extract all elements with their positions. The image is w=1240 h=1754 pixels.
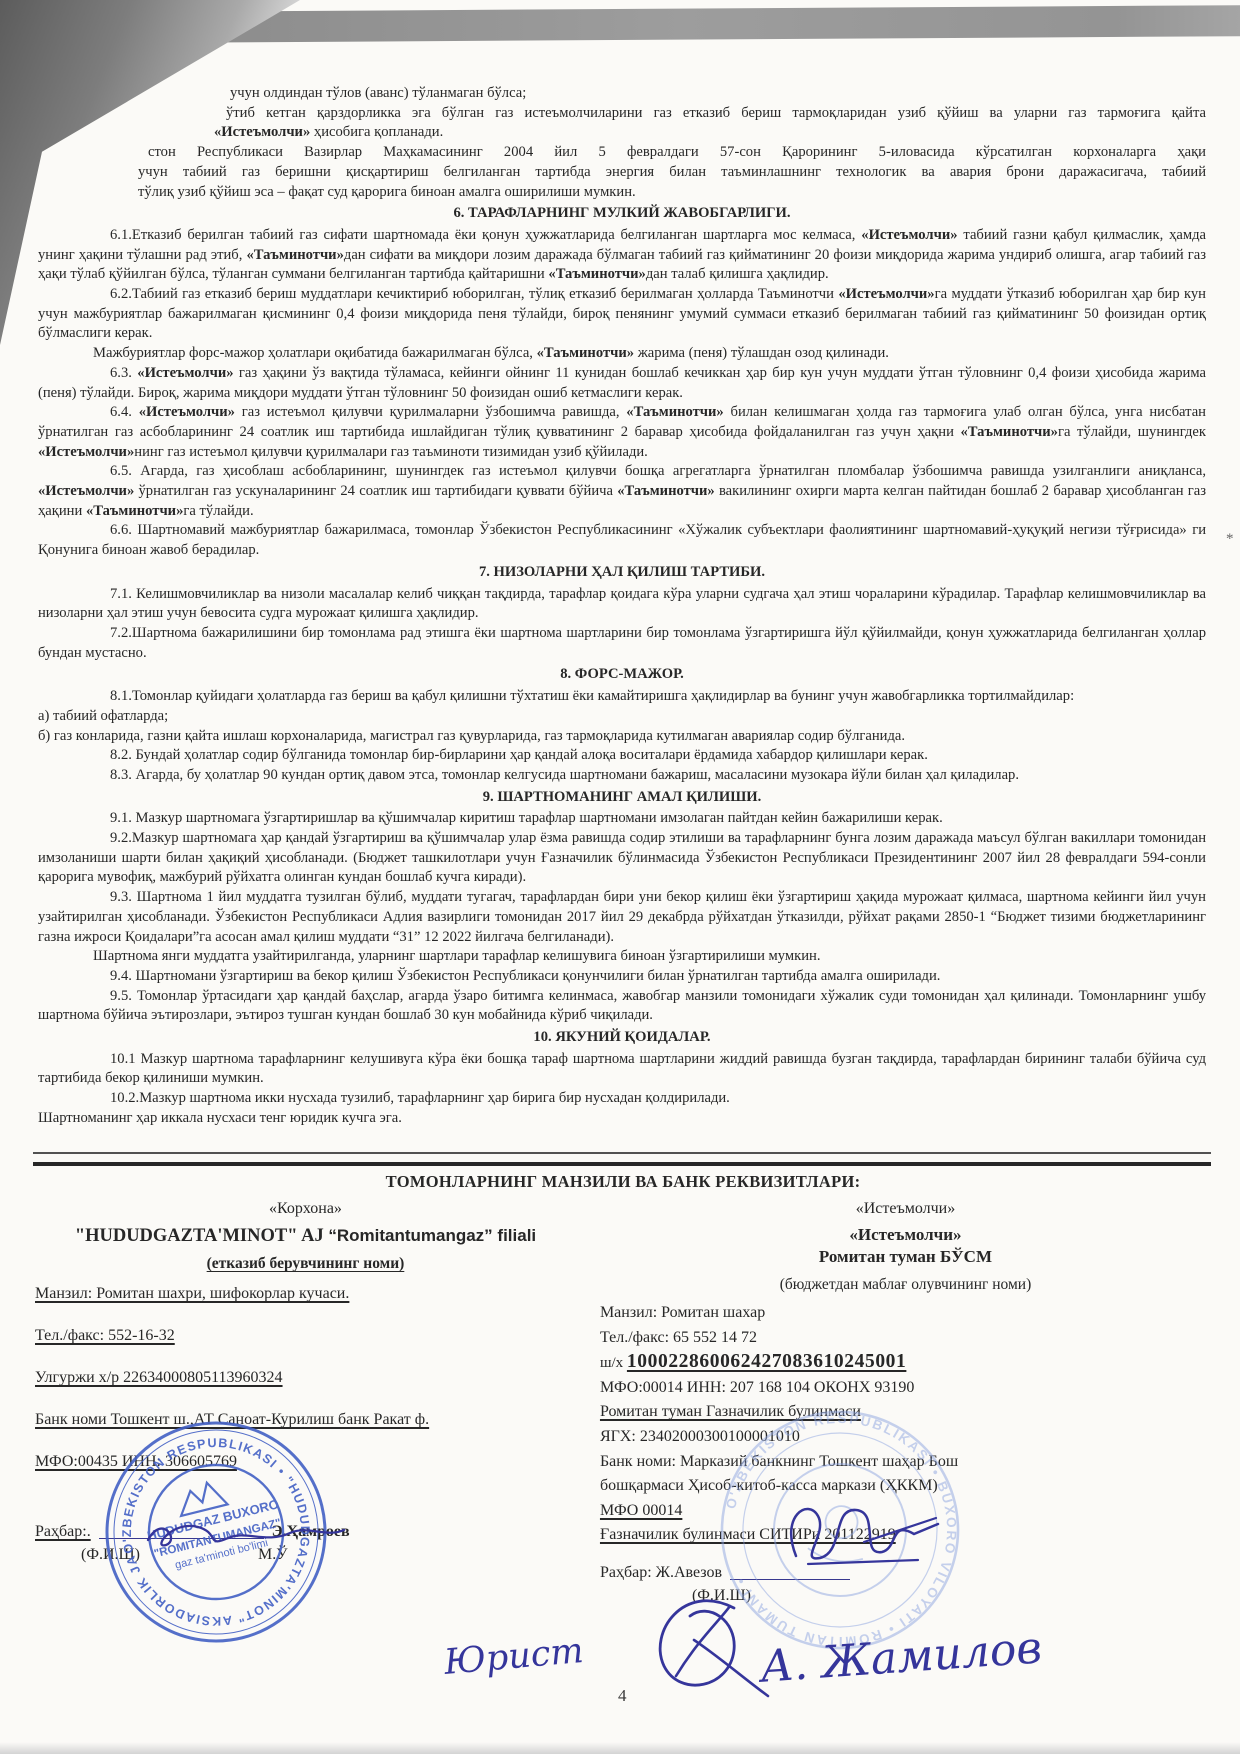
section-heading: 10. ЯКУНИЙ ҚОИДАЛАР. <box>38 1028 1206 1048</box>
contract-paragraph: 9.3. Шартнома 1 йил муддатга тузилган бў… <box>38 888 1206 947</box>
supplier-head-signature <box>140 1506 350 1556</box>
contract-paragraph: 6.4. «Истеъмолчи» газ истеъмол қилувчи қ… <box>38 403 1206 462</box>
supplier-name-main: "HUDUDGAZTA'MINOT" AJ <box>75 1226 324 1246</box>
contract-paragraph: 8.2. Бундай ҳолатлар содир бўлганида том… <box>38 746 1206 766</box>
contract-paragraph: стон Республикаси Вазирлар Маҳкамасининг… <box>38 143 1206 163</box>
contract-paragraph: ўтиб кетган қарздорликка эга бўлган газ … <box>38 104 1206 124</box>
requisite-line: Манзил: Ромитан шахри, шифокорлар кучаси… <box>35 1284 576 1304</box>
contract-paragraph: 6.6. Шартномавий мажбуриятлар бажарилмас… <box>38 521 1206 560</box>
lawyer-handwritten-caption: Юрист <box>438 1628 588 1684</box>
supplier-head-label: Раҳбар:. <box>35 1522 91 1542</box>
consumer-org: Ромитан туман БЎСМ <box>600 1247 1211 1267</box>
requisite-line: Улгуржи х/р 22634000805113960324 <box>35 1368 576 1388</box>
section-heading: 7. НИЗОЛАРНИ ҲАЛ ҚИЛИШ ТАРТИБИ. <box>38 563 1206 583</box>
consumer-head-label: Раҳбар: Ж.Авезов <box>600 1563 722 1583</box>
requisites-title: ТОМОНЛАРНИНГ МАНЗИЛИ ВА БАНК РЕКВИЗИТЛАР… <box>35 1172 1211 1192</box>
svg-text:Юрист: Юрист <box>442 1631 585 1683</box>
requisite-line: ш/х 100022860062427083610245001 <box>600 1350 1211 1376</box>
margin-mark: * <box>1226 531 1234 548</box>
contract-paragraph: 9.4. Шартномани ўзгартириш ва бекор қили… <box>38 967 1206 987</box>
requisite-line: МФО:00014 ИНН: 207 168 104 ОКОНХ 93190 <box>600 1376 1211 1401</box>
contract-paragraph: «Истеъмолчи» ҳисобига қопланади. <box>38 123 1206 143</box>
contract-paragraph: 10.1 Мазкур шартнома тарафларнинг келуши… <box>38 1050 1206 1089</box>
consumer-head-signature <box>768 1490 948 1580</box>
scanned-contract-page: * учун олдиндан тўлов (аванс) тўланмаган… <box>0 0 1240 1754</box>
contract-paragraph: Шартнома янги муддатга узайтирилганда, у… <box>38 947 1206 967</box>
contract-paragraph: а) табиий офатларда; <box>38 707 1206 727</box>
contract-paragraph: Мажбуриятлар форс-мажор ҳолатлари оқибат… <box>38 344 1206 364</box>
requisite-line: Тел./факс: 552-16-32 <box>35 1326 576 1346</box>
svg-text:А. Жамилов: А. Жамилов <box>756 1622 1044 1693</box>
consumer-head-handwritten-name: А. Жамилов <box>752 1616 1052 1696</box>
contract-paragraph: 9.5. Томонлар ўртасидаги ҳар қандай баҳс… <box>38 987 1206 1026</box>
supplier-name-note: (етказиб берувчининг номи) <box>35 1254 576 1274</box>
contract-paragraph: учун олдиндан тўлов (аванс) тўланмаган б… <box>38 84 1206 104</box>
supplier-name: "HUDUDGAZTA'MINOT" AJ “Romitantumangaz” … <box>35 1226 576 1246</box>
scan-bottom-shadow <box>0 1742 1240 1754</box>
contract-paragraph: 8.3. Агарда, бу ҳолатлар 90 кундан ортиқ… <box>38 766 1206 786</box>
contract-paragraph: Шартноманинг ҳар иккала нусхаси тенг юри… <box>38 1109 1206 1129</box>
section-heading: 9. ШАРТНОМАНИНГ АМАЛ ҚИЛИШИ. <box>38 788 1206 808</box>
contract-paragraph: 6.1.Етказиб берилган табиий газ сифати ш… <box>38 226 1206 285</box>
page-number: 4 <box>618 1686 627 1706</box>
requisite-line: Тел./факс: 65 552 14 72 <box>600 1326 1211 1351</box>
contract-paragraph: 9.1. Мазкур шартномага ўзгартиришлар ва … <box>38 809 1206 829</box>
contract-paragraph: 10.2.Мазкур шартнома икки нусхада тузили… <box>38 1089 1206 1109</box>
contract-paragraph: б) газ конларида, газни қайта ишлаш корх… <box>38 727 1206 747</box>
requisite-line: Манзил: Ромитан шахар <box>600 1301 1211 1326</box>
contract-paragraph: учун табиий газ беришни қисқартириш белг… <box>38 163 1206 183</box>
supplier-name-branch: “Romitantumangaz” filiali <box>328 1226 536 1245</box>
section-heading: 6. ТАРАФЛАРНИНГ МУЛКИЙ ЖАВОБГАРЛИГИ. <box>38 204 1206 224</box>
section-heading: 8. ФОРС-МАЖОР. <box>38 665 1206 685</box>
section-divider <box>33 1152 1211 1166</box>
contract-paragraph: 7.1. Келишмовчиликлар ва низоли масалала… <box>38 585 1206 624</box>
contract-paragraph: 6.2.Табиий газ етказиб бериш муддатлари … <box>38 285 1206 344</box>
contract-body: учун олдиндан тўлов (аванс) тўланмаган б… <box>38 84 1206 1150</box>
contract-paragraph: 9.2.Мазкур шартномага ҳар қандай ўзгарти… <box>38 829 1206 888</box>
contract-paragraph: 8.1.Томонлар қуйидаги ҳолатларда газ бер… <box>38 687 1206 707</box>
supplier-party-label: «Корхона» <box>35 1199 576 1219</box>
consumer-name: «Истеъмолчи» <box>600 1225 1211 1245</box>
contract-paragraph: тўлиқ узиб қўйиш эса – фақат суд қарориг… <box>38 183 1206 203</box>
consumer-name-note: (бюджетдан маблағ олувчининг номи) <box>600 1275 1211 1295</box>
contract-paragraph: 7.2.Шартнома бажарилишини бир томонлама … <box>38 624 1206 663</box>
contract-paragraph: 6.3. «Истеъмолчи» газ ҳақини ўз вақтида … <box>38 364 1206 403</box>
contract-paragraph: 6.5. Агарда, газ ҳисоблаш асбобларининг,… <box>38 462 1206 521</box>
consumer-party-label: «Истеъмолчи» <box>600 1199 1211 1219</box>
